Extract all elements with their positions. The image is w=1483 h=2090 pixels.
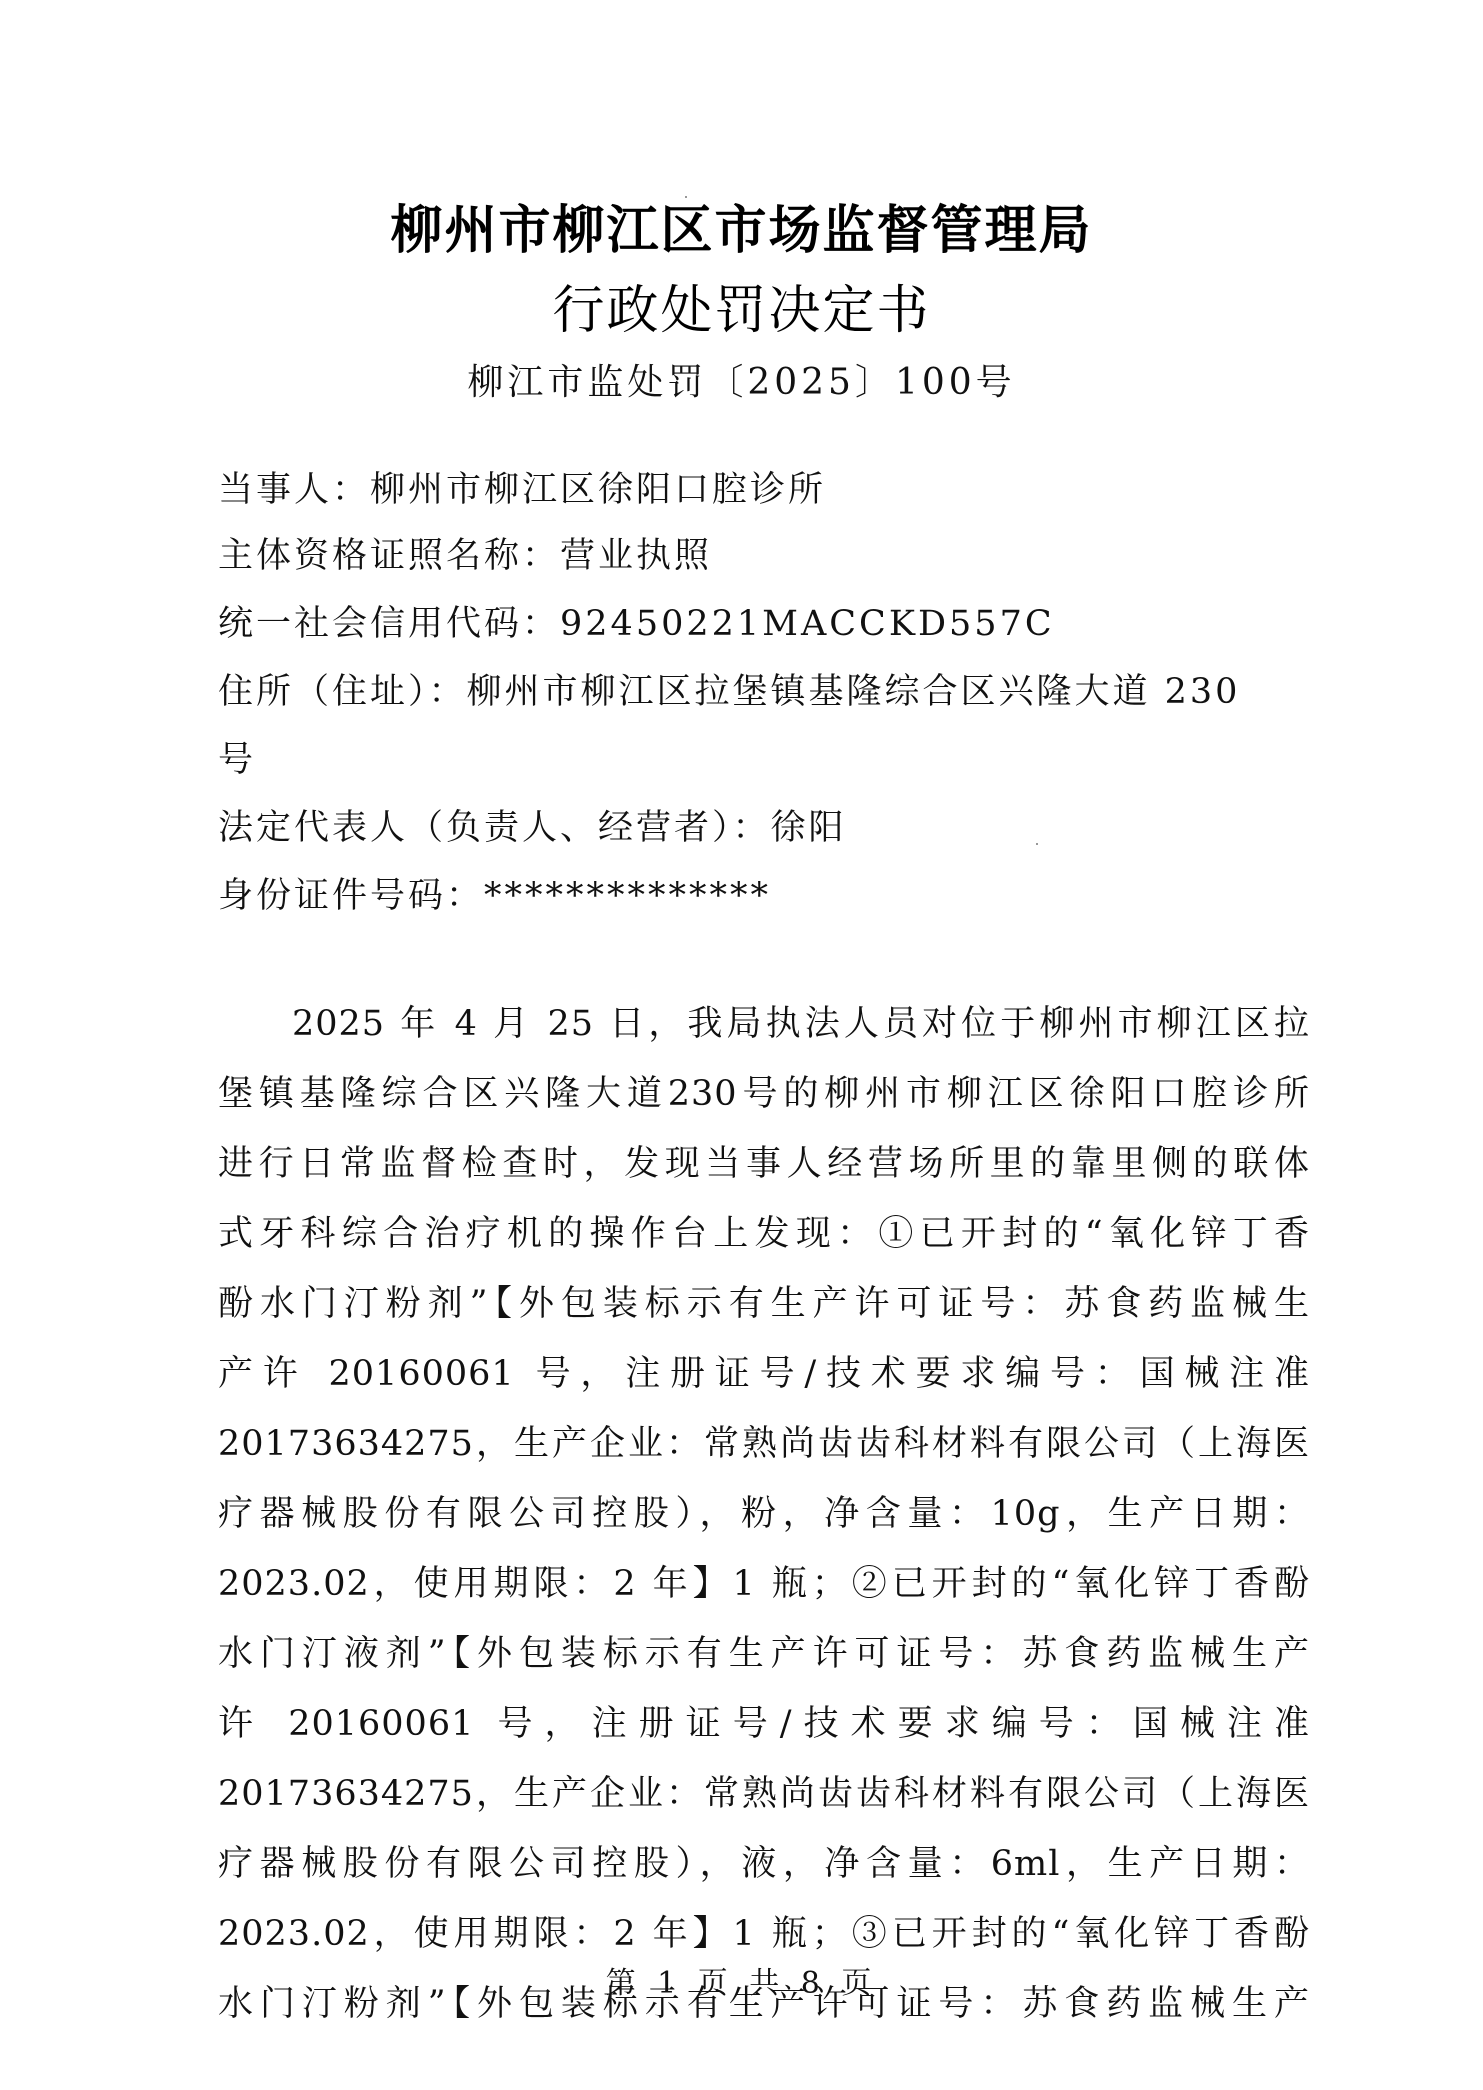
license-type-value: 营业执照: [560, 536, 712, 576]
legal-representative-value: 徐阳: [771, 808, 847, 848]
body-line: 许 20160061 号，注册证号/技术要求编号：国械注准: [218, 1700, 1310, 1748]
body-line: 式牙科综合治疗机的操作台上发现：①已开封的“氧化锌丁香: [218, 1210, 1310, 1258]
credit-code-value: 92450221MACCKD557C: [560, 604, 1055, 644]
license-type-label: 主体资格证照名称：: [218, 536, 560, 576]
body-line: 酚水门汀粉剂”【外包装标示有生产许可证号：苏食药监械生: [218, 1280, 1310, 1328]
address-line: 住所（住址）：柳州市柳江区拉堡镇基隆综合区兴隆大道 230: [218, 668, 1308, 716]
body-line: 2025 年 4 月 25 日，我局执法人员对位于柳州市柳江区拉: [292, 1000, 1310, 1048]
body-line: 2023.02，使用期限：2 年】1 瓶；③已开封的“氧化锌丁香酚: [218, 1910, 1310, 1958]
scan-speck: [1036, 843, 1038, 845]
address-label: 住所（住址）：: [218, 672, 467, 712]
agency-title: 柳州市柳江区市场监督管理局: [0, 196, 1483, 266]
body-line: 进行日常监督检查时，发现当事人经营场所里的靠里侧的联体: [218, 1140, 1310, 1188]
scan-speck: [685, 196, 687, 198]
license-type-line: 主体资格证照名称：营业执照: [218, 532, 1308, 580]
party-name-value: 柳州市柳江区徐阳口腔诊所: [370, 470, 826, 510]
legal-representative-label: 法定代表人（负责人、经营者）：: [218, 808, 771, 848]
body-line: 2023.02，使用期限：2 年】1 瓶；②已开封的“氧化锌丁香酚: [218, 1560, 1310, 1608]
document-page: 柳州市柳江区市场监督管理局 行政处罚决定书 柳江市监处罚〔2025〕100号 当…: [0, 0, 1483, 2090]
id-number-line: 身份证件号码：**************: [218, 872, 1308, 920]
body-line: 20173634275，生产企业：常熟尚齿齿科材料有限公司（上海医: [218, 1420, 1310, 1468]
document-type-title: 行政处罚决定书: [0, 276, 1483, 346]
body-line: 堡镇基隆综合区兴隆大道230号的柳州市柳江区徐阳口腔诊所: [218, 1070, 1310, 1118]
body-line: 疗器械股份有限公司控股），粉，净含量：10g，生产日期：: [218, 1490, 1310, 1538]
address-continuation-line: 号: [218, 736, 1308, 784]
page-indicator: 第 1 页 共 8 页: [0, 1962, 1483, 2006]
credit-code-label: 统一社会信用代码：: [218, 604, 560, 644]
address-value: 柳州市柳江区拉堡镇基隆综合区兴隆大道 230: [467, 672, 1241, 712]
address-continuation: 号: [218, 740, 256, 780]
body-line: 水门汀液剂”【外包装标示有生产许可证号：苏食药监械生产: [218, 1630, 1310, 1678]
id-number-value: **************: [484, 876, 771, 916]
body-line: 20173634275，生产企业：常熟尚齿齿科材料有限公司（上海医: [218, 1770, 1310, 1818]
legal-representative-line: 法定代表人（负责人、经营者）：徐阳: [218, 804, 1308, 852]
body-line: 疗器械股份有限公司控股），液，净含量：6ml，生产日期：: [218, 1840, 1310, 1888]
party-name-label: 当事人：: [218, 470, 370, 510]
credit-code-line: 统一社会信用代码：92450221MACCKD557C: [218, 600, 1308, 648]
id-number-label: 身份证件号码：: [218, 876, 484, 916]
party-name-line: 当事人：柳州市柳江区徐阳口腔诊所: [218, 466, 1308, 514]
document-number: 柳江市监处罚〔2025〕100号: [0, 358, 1483, 408]
body-line: 产许 20160061 号，注册证号/技术要求编号：国械注准: [218, 1350, 1310, 1398]
